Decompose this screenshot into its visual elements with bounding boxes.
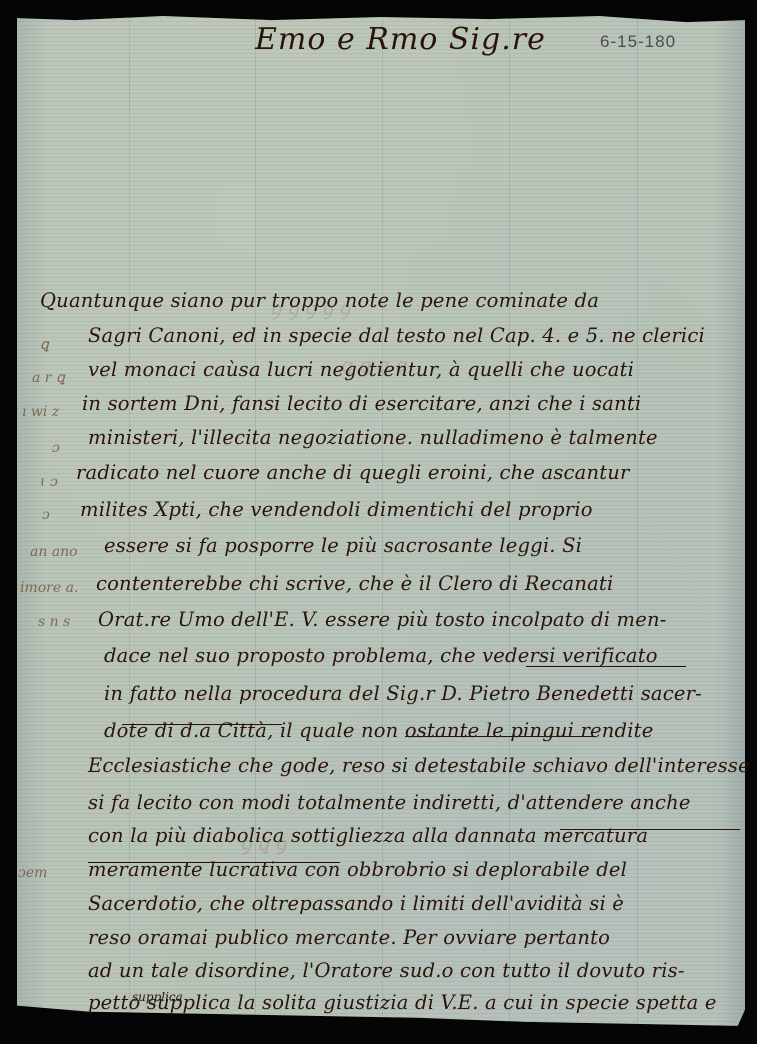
underline-stroke (560, 829, 740, 830)
text-line: si fa lecito con modi totalmente indiret… (88, 791, 691, 814)
archive-number: 6-15-180 (600, 32, 676, 52)
margin-mark: imore a. (20, 580, 78, 596)
salutation-heading: Emo e Rmo Sig.re (255, 22, 546, 57)
margin-mark: a r ꝗ (32, 370, 65, 386)
margin-mark: ɩ ɔ (40, 474, 58, 490)
text-line: dace nel suo proposto problema, che vede… (104, 644, 658, 667)
margin-mark: ı wi z (22, 404, 59, 420)
text-line: con la più diabolica sottigliezza alla d… (88, 824, 648, 847)
text-line: ad un tale disordine, l'Oratore sud.o co… (88, 959, 685, 982)
text-line: Ecclesiastiche che gode, reso si detesta… (88, 754, 750, 777)
text-line: contenterebbe chi scrive, che è il Clero… (96, 572, 613, 595)
text-line: ministeri, l'illecita negoziatione. null… (88, 426, 658, 449)
text-line: Quantunque siano pur troppo note le pene… (40, 289, 599, 312)
margin-mark: ɔ (42, 507, 50, 523)
margin-mark: ꝗ (40, 337, 49, 353)
interlinear-insertion: supplica (132, 990, 183, 1004)
text-line: in sortem Dni, fansi lecito di esercitar… (82, 392, 641, 415)
margin-mark: ɔem (18, 865, 47, 881)
underline-stroke (526, 666, 686, 667)
text-line: essere si fa posporre le più sacrosante … (104, 534, 582, 557)
text-line: reso oramai publico mercante. Per ovviar… (88, 926, 610, 949)
text-line: milites Xpti, che vendendoli dimentichi … (80, 498, 593, 521)
text-line: dote di d.a Città, il quale non ostante … (104, 719, 653, 742)
text-line: Orat.re Umo dell'E. V. essere più tosto … (98, 608, 667, 631)
margin-mark: an ano (30, 544, 78, 560)
underline-stroke (405, 736, 595, 737)
text-line: vel monaci caùsa lucri negotientur, à qu… (88, 358, 634, 381)
margin-mark: s n s (38, 614, 70, 630)
text-line: in fatto nella procedura del Sig.r D. Pi… (104, 682, 702, 705)
underline-stroke (122, 724, 282, 725)
text-line: radicato nel cuore anche di quegli eroin… (76, 461, 630, 484)
paper-chain-line (637, 14, 638, 1030)
underline-stroke (88, 862, 340, 863)
text-line: Sagri Canoni, ed in specie dal testo nel… (88, 324, 705, 347)
margin-mark: ɔ (52, 440, 60, 456)
text-line: Sacerdotio, che oltrepassando i limiti d… (88, 892, 624, 915)
